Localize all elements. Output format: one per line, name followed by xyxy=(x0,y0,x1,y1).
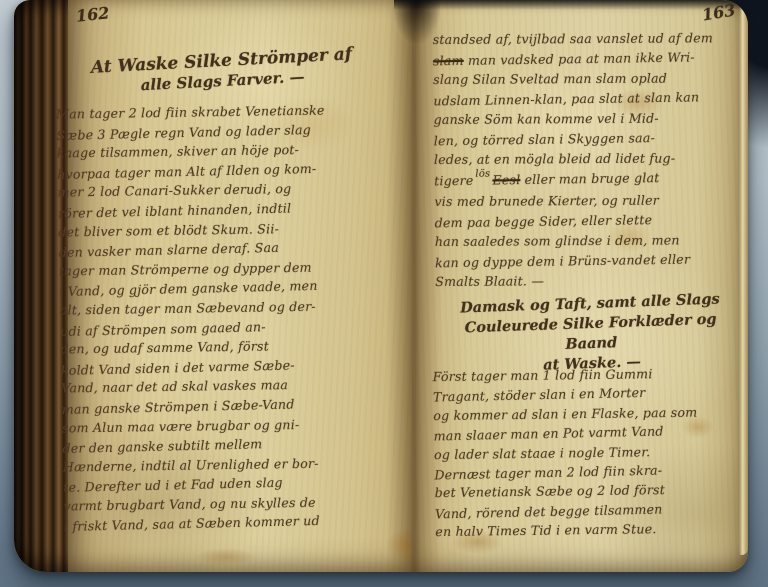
stain xyxy=(196,548,256,566)
right-page-text-top: standsed af, tvijlbad saa vanslet ud af … xyxy=(433,27,748,292)
line-text: man vadsked paa at man ikke Wri- xyxy=(468,49,695,67)
open-manuscript-book: 162 163 At Waske Silke Strömper af alle … xyxy=(14,0,748,572)
line-text: eller man bruge glat xyxy=(524,170,659,187)
photo-frame: 162 163 At Waske Silke Strömper af alle … xyxy=(0,0,768,587)
line-text: tigere xyxy=(434,173,473,189)
struck-word: Eesl xyxy=(492,172,520,187)
struck-word: slam xyxy=(433,53,464,68)
left-page-text: Man tager 2 lod fiin skrabet Venetianske… xyxy=(56,99,400,536)
manuscript-line: Smalts Blaait. — xyxy=(435,270,748,292)
right-page-text-bottom: Först tager man 1 lod fiin Gummi Tragant… xyxy=(433,362,748,542)
page-number: 162 xyxy=(75,3,110,25)
manuscript-line: tigerelösEesl eller man bruge glat xyxy=(434,167,748,194)
inserted-word: lös xyxy=(475,169,490,180)
